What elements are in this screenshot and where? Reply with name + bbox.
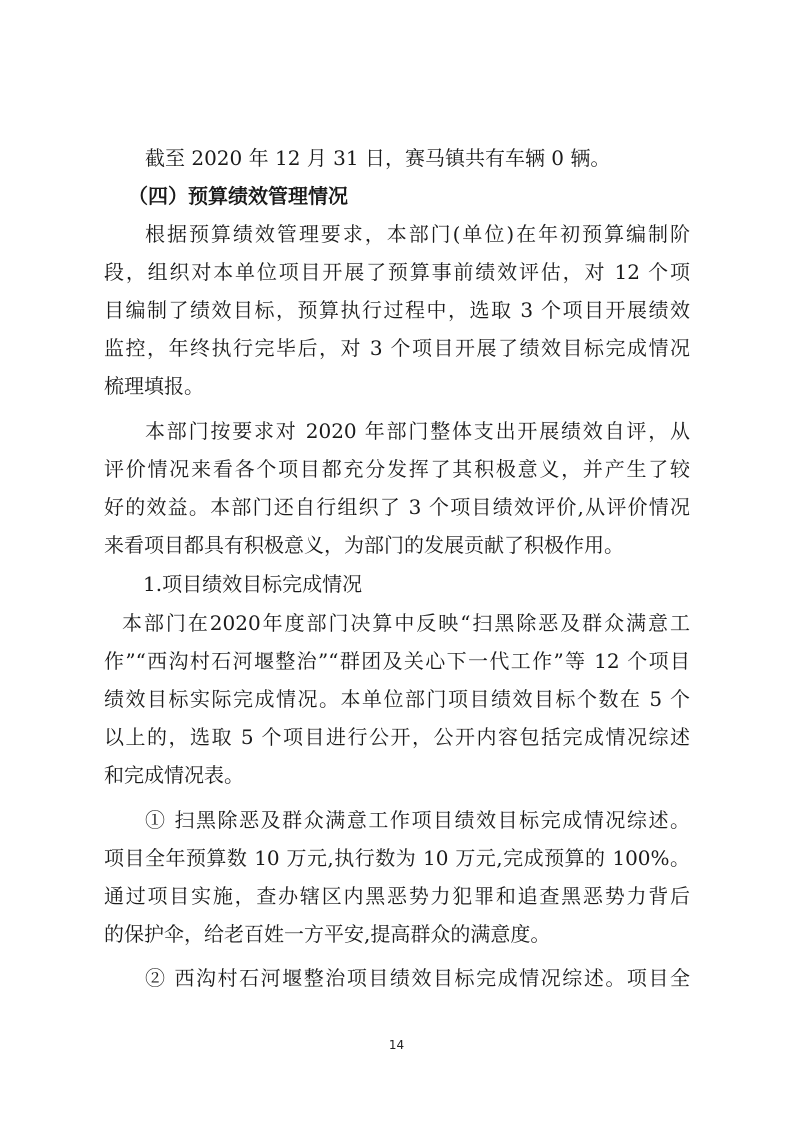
paragraph-line: 目编制了绩效目标，预算执行过程中，选取 3 个项目开展绩效: [104, 297, 690, 323]
paragraph-line: ② 西沟村石河堰整治项目绩效目标完成情况综述。项目全: [145, 965, 690, 991]
paragraph-line: 作”“西沟村石河堰整治”“群团及关心下一代工作”等 12 个项目: [104, 648, 690, 674]
section-heading: （四）预算绩效管理情况: [128, 183, 690, 209]
page-number: 14: [0, 1038, 793, 1052]
paragraph-line: 绩效目标实际完成情况。本单位部门项目绩效目标个数在 5 个: [104, 686, 690, 712]
paragraph-line: ① 扫黑除恶及群众满意工作项目绩效目标完成情况综述。: [145, 807, 690, 833]
paragraph-line: 评价情况来看各个项目都充分发挥了其积极意义，并产生了较: [104, 456, 690, 482]
paragraph-line: 好的效益。本部门还自行组织了 3 个项目绩效评价,从评价情况: [104, 494, 690, 520]
paragraph-line: 以上的，选取 5 个项目进行公开，公开内容包括完成情况综述: [104, 724, 690, 750]
paragraph-line: 1.项目绩效目标完成情况: [143, 571, 690, 597]
paragraph-line: 项目全年预算数 10 万元,执行数为 10 万元,完成预算的 100%。: [104, 845, 690, 871]
paragraph-line: 本部门按要求对 2020 年部门整体支出开展绩效自评，从: [145, 418, 690, 444]
paragraph-line: 截至 2020 年 12 月 31 日，赛马镇共有车辆 0 辆。: [145, 145, 690, 171]
paragraph-line: 段，组织对本单位项目开展了预算事前绩效评估，对 12 个项: [104, 259, 690, 285]
paragraph-line: 本部门在2020年度部门决算中反映“扫黑除恶及群众满意工: [122, 610, 690, 636]
paragraph-line: 监控，年终执行完毕后，对 3 个项目开展了绩效目标完成情况: [104, 335, 690, 361]
paragraph-line: 和完成情况表。: [104, 762, 690, 788]
paragraph-line: 根据预算绩效管理要求，本部门(单位)在年初预算编制阶: [145, 221, 690, 247]
paragraph-line: 梳理填报。: [104, 373, 690, 399]
paragraph-line: 通过项目实施，查办辖区内黑恶势力犯罪和追查黑恶势力背后: [104, 883, 690, 909]
paragraph-line: 的保护伞，给老百姓一方平安,提高群众的满意度。: [104, 921, 690, 947]
paragraph-line: 来看项目都具有积极意义，为部门的发展贡献了积极作用。: [104, 532, 690, 558]
